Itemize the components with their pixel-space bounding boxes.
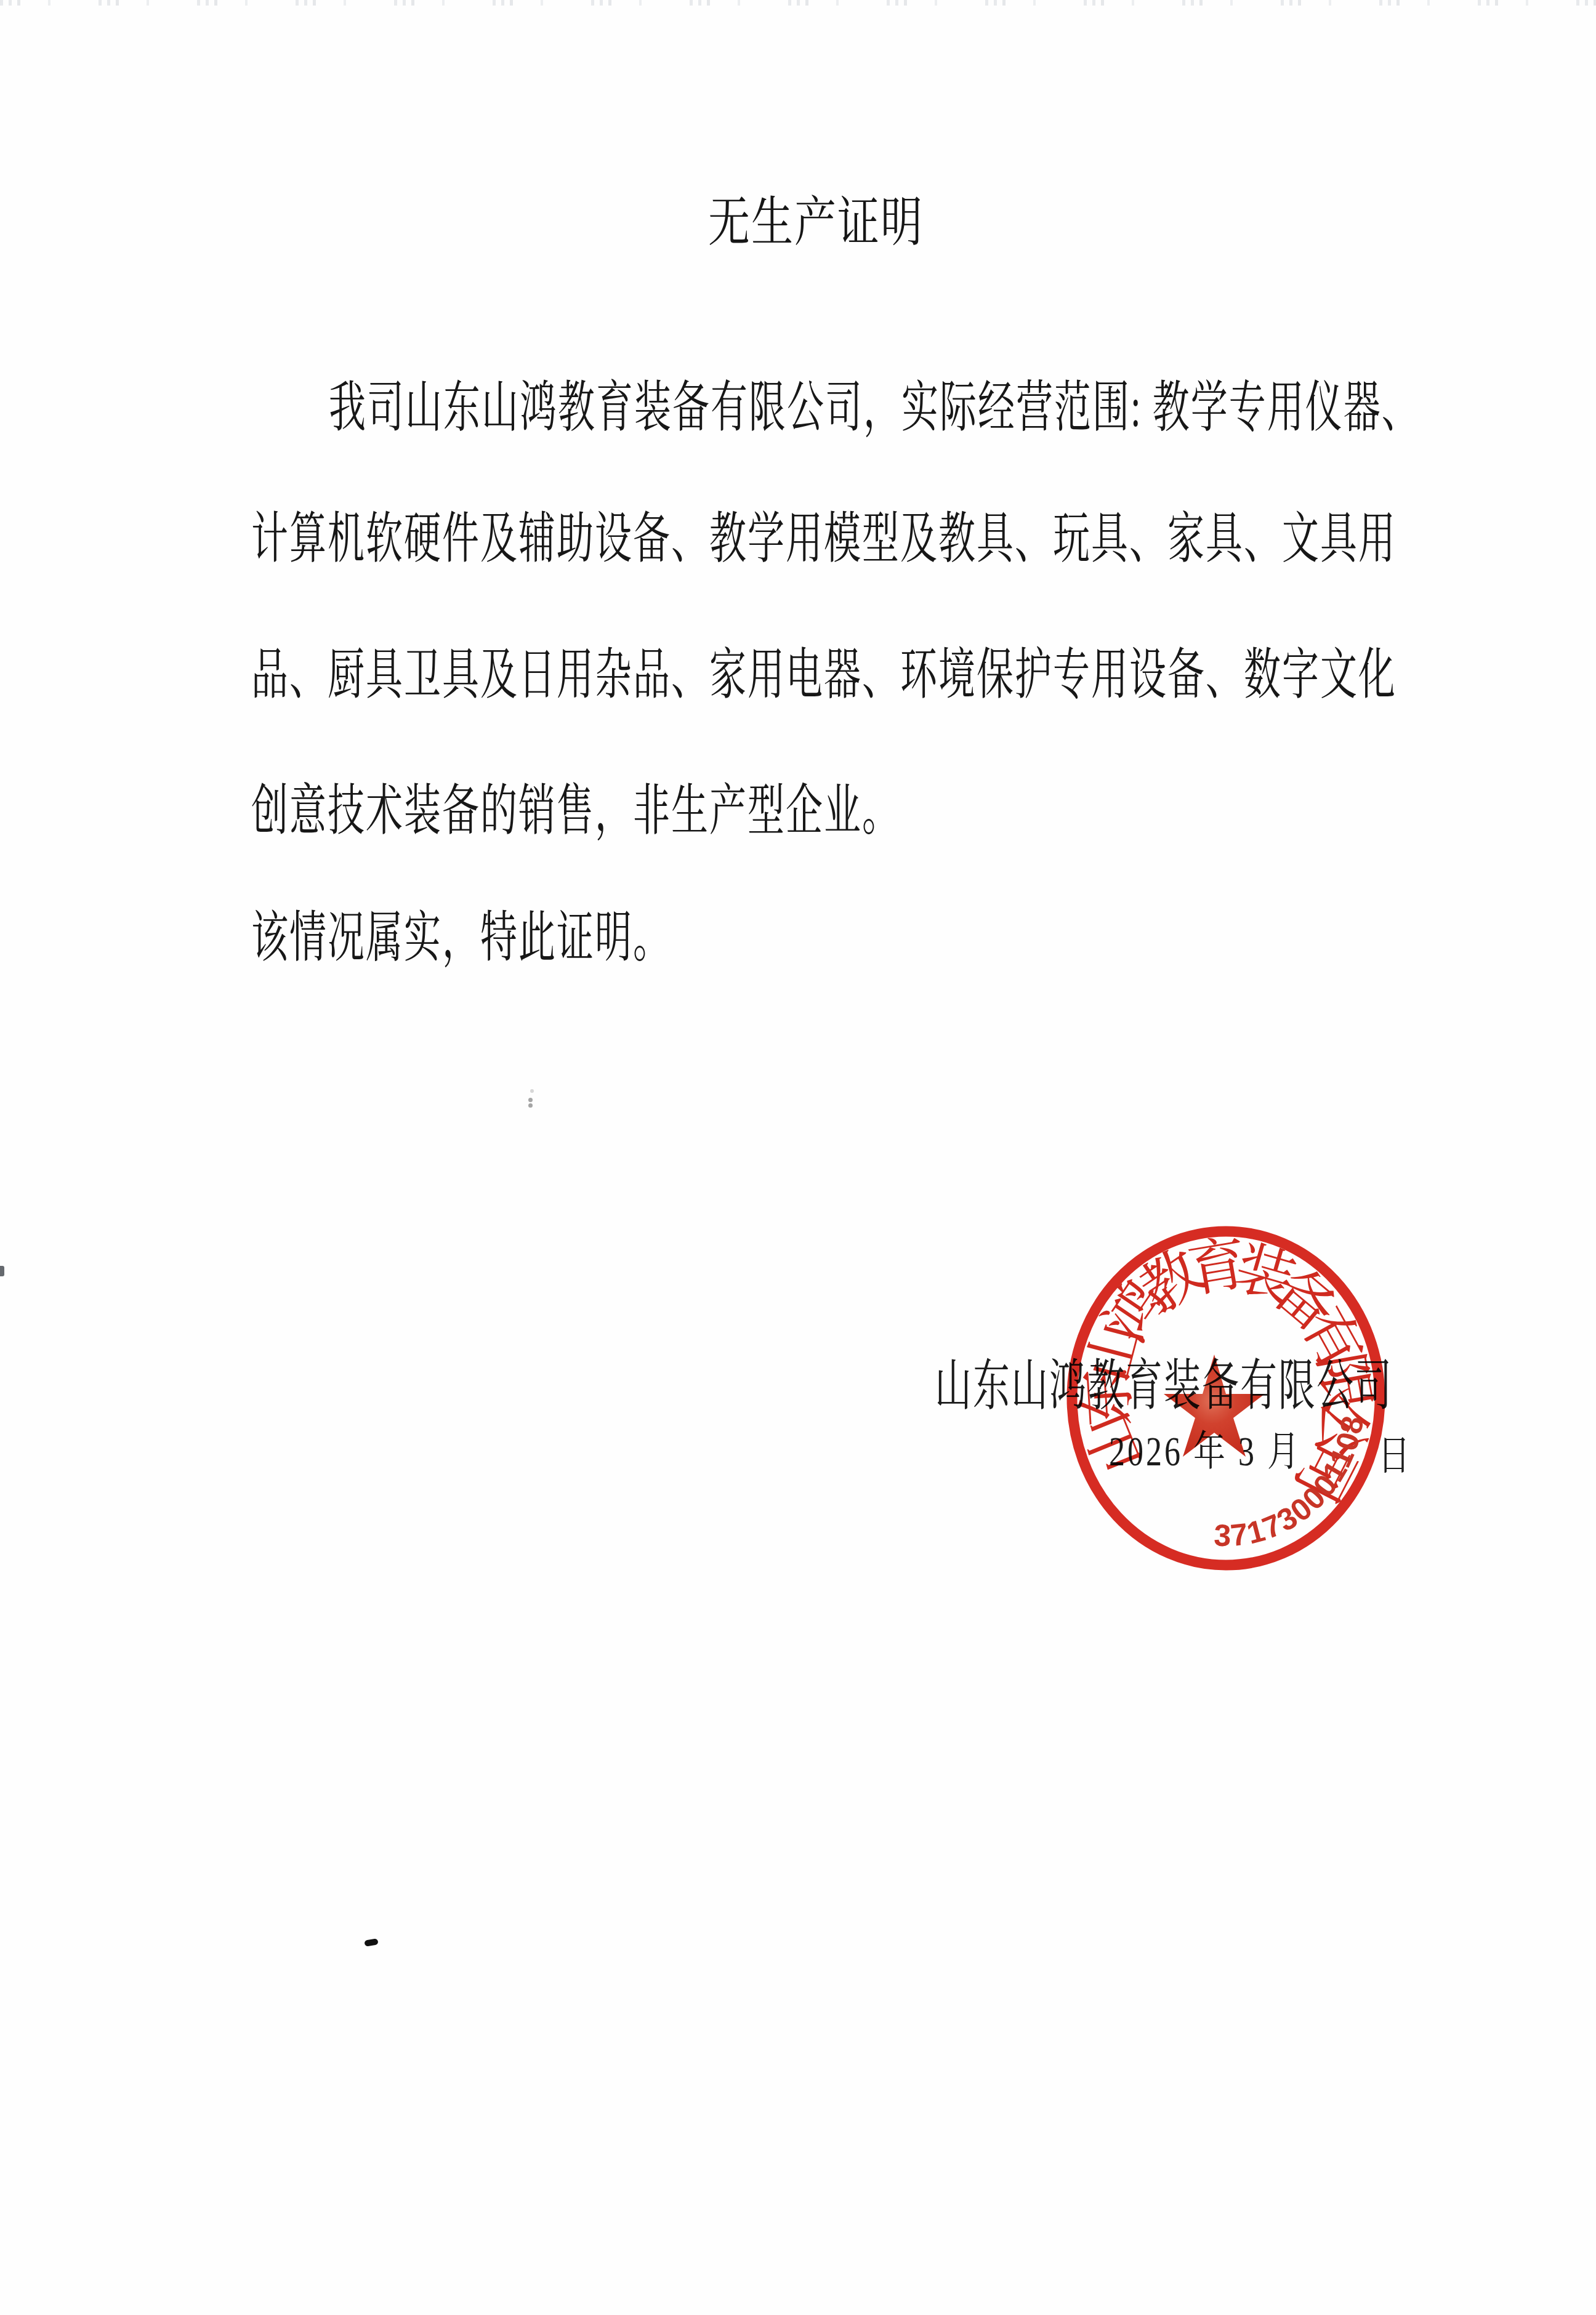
body-line: 我司山东山鸿教育装备有限公司，实际经营范围: 教学专用仪器、 xyxy=(251,380,1420,435)
scan-dot-artifact xyxy=(528,1098,533,1102)
body-line: 品、厨具卫具及日用杂品、家用电器、环境保护专用设备、数字文化 xyxy=(251,647,1396,703)
scan-edge-artifact xyxy=(0,1266,4,1276)
body-closing-line: 该情况属实，特此证明。 xyxy=(251,910,671,965)
scan-dot-artifact xyxy=(530,1089,534,1093)
page-title: 无生产证明 xyxy=(708,196,924,249)
body-line: 计算机软硬件及辅助设备、教学用模型及教具、玩具、家具、文具用 xyxy=(251,511,1396,566)
scanned-document-page: 无生产证明 我司山东山鸿教育装备有限公司，实际经营范围: 教学专用仪器、 计算机… xyxy=(0,0,1596,2315)
scan-dash-artifact xyxy=(364,1938,378,1946)
seal-star-icon xyxy=(1164,1355,1265,1457)
company-seal: 山东山鸿教育装备有限公司 3717300011087 xyxy=(985,1188,1478,1619)
body-line: 创意技术装备的销售，非生产型企业。 xyxy=(251,783,900,839)
scan-dot-artifact xyxy=(528,1103,533,1108)
scan-noise-strip xyxy=(0,0,1596,6)
